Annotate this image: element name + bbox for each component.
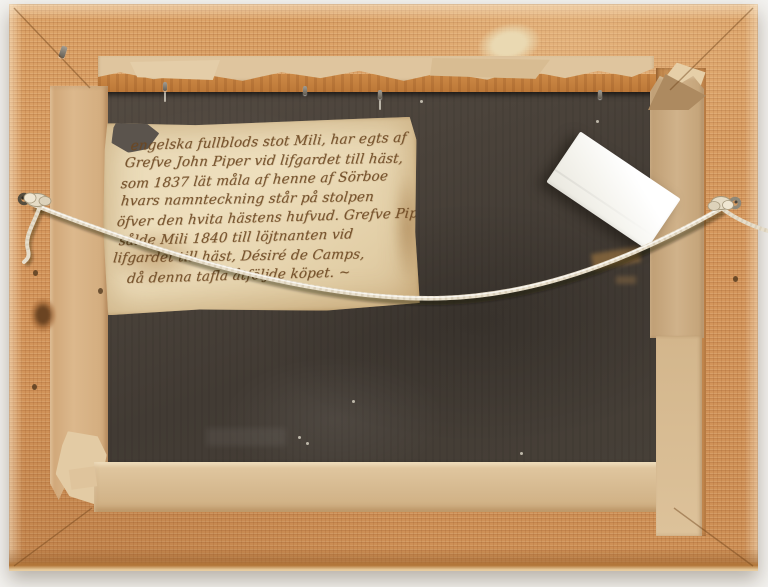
nail	[598, 90, 602, 99]
paper-fragment	[130, 60, 220, 80]
paint-speck	[352, 400, 355, 403]
nail	[303, 86, 307, 95]
nail-hole	[33, 270, 38, 276]
nail	[378, 90, 382, 99]
frame-bevel-right	[744, 4, 758, 571]
paint-speck	[298, 436, 301, 439]
paper-tape-right-lower	[656, 336, 702, 536]
board-scuff	[206, 428, 286, 446]
paint-speck	[420, 100, 423, 103]
paper-tape-bottom	[94, 462, 664, 512]
photo-framed-painting-verso: engelska fullblods stot Mili, har egts a…	[0, 0, 768, 587]
wood-knot	[30, 298, 56, 332]
provenance-note: engelska fullblods stot Mili, har egts a…	[101, 117, 420, 316]
nail-hole	[733, 276, 738, 282]
paint-speck	[520, 452, 523, 455]
glue-drip	[164, 92, 166, 102]
frame-bevel-left	[9, 4, 23, 571]
note-handwriting: engelska fullblods stot Mili, har egts a…	[110, 130, 416, 288]
nail-hole	[98, 288, 103, 294]
paper-tape-tab	[69, 466, 98, 489]
paint-speck	[596, 120, 599, 123]
frame-bevel-bottom	[9, 548, 758, 571]
frame-bevel-top	[9, 4, 758, 20]
paint-speck	[306, 442, 309, 445]
nail-hole	[32, 384, 37, 390]
glue-drip	[379, 100, 381, 110]
nail	[163, 82, 167, 91]
board-stain	[616, 276, 636, 284]
